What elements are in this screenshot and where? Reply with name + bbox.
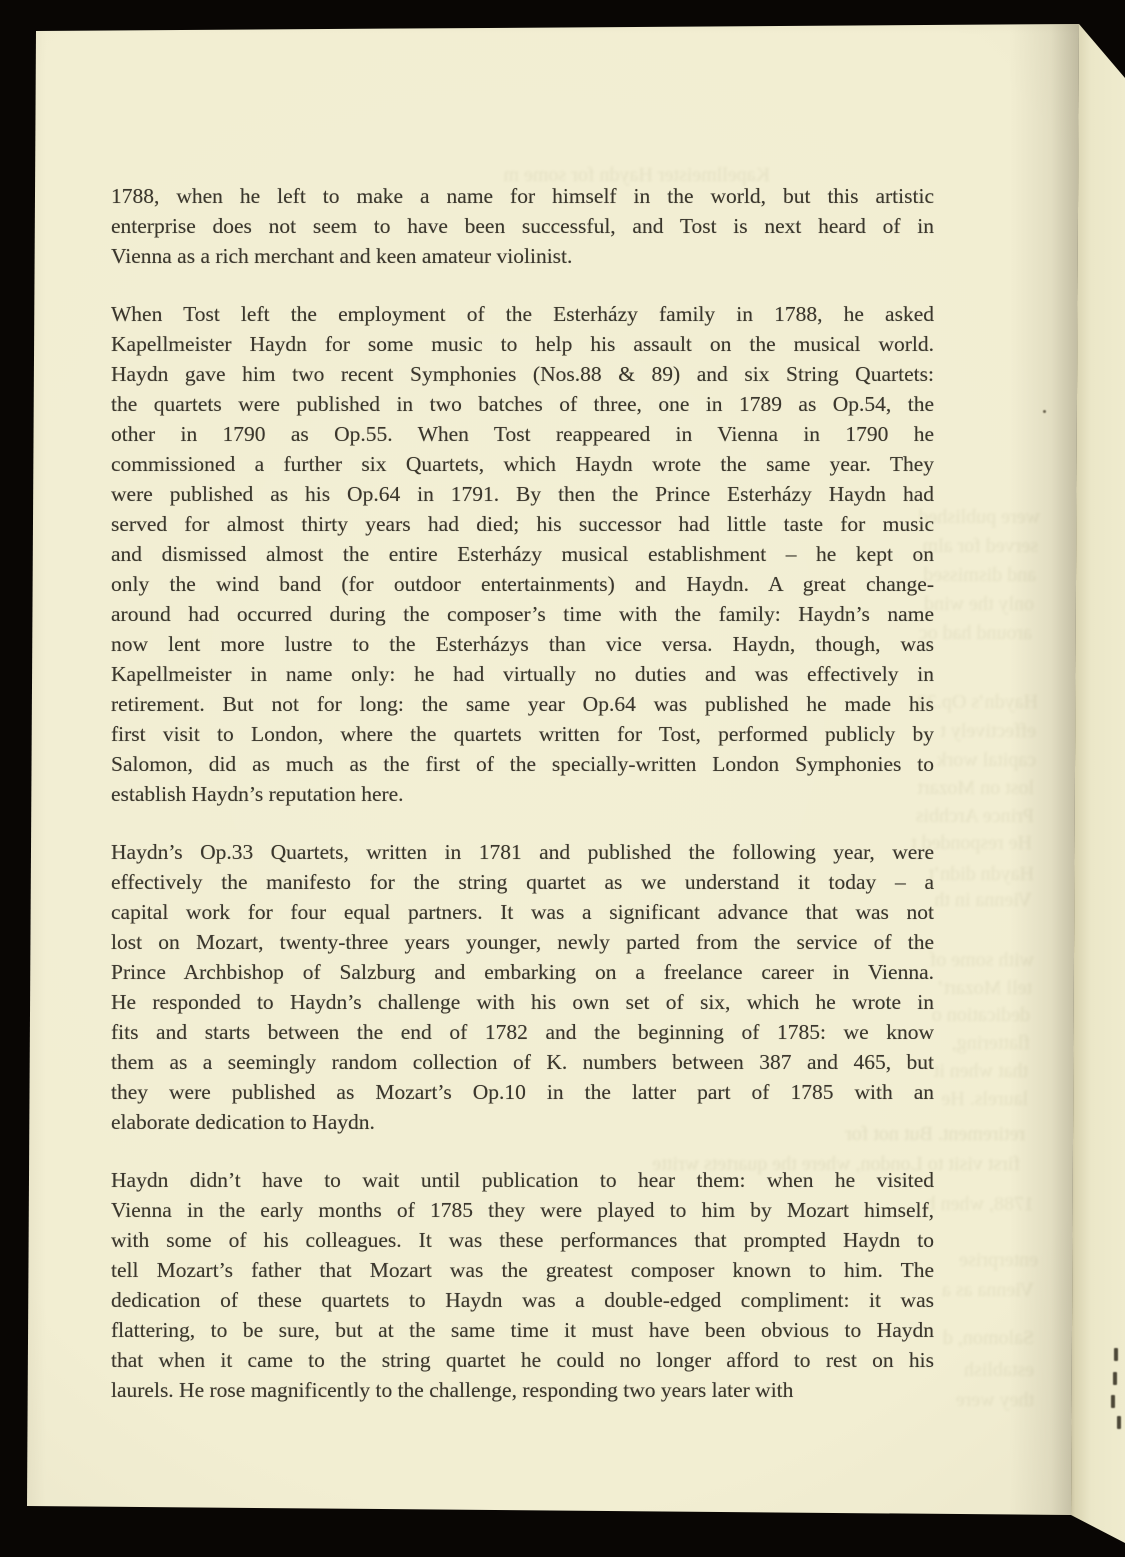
text-line: He responded to Haydn’s challenge with h… (111, 987, 934, 1017)
paragraph: When Tost left the employment of the Est… (111, 299, 934, 809)
text-line: 1788, when he left to make a name for hi… (111, 181, 934, 211)
text-line: first visit to London, where the quartet… (111, 719, 934, 749)
book-photograph: 1788, when he left to make a name for hi… (0, 0, 1125, 1557)
text-line: lost on Mozart, twenty-three years young… (111, 927, 934, 957)
text-line: fits and starts between the end of 1782 … (111, 1017, 934, 1047)
book-page: 1788, when he left to make a name for hi… (0, 0, 1125, 1557)
text-line: the quartets were published in two batch… (111, 389, 934, 419)
text-line: dedication of these quartets to Haydn wa… (111, 1285, 934, 1315)
text-line: laurels. He rose magnificently to the ch… (111, 1375, 934, 1405)
text-line: When Tost left the employment of the Est… (111, 299, 934, 329)
text-line: Kapellmeister in name only: he had virtu… (111, 659, 934, 689)
text-line: and dismissed almost the entire Esterház… (111, 539, 934, 569)
text-line: Haydn’s Op.33 Quartets, written in 1781 … (111, 837, 934, 867)
paragraph: Haydn didn’t have to wait until publicat… (111, 1165, 934, 1405)
text-line: that when it came to the string quartet … (111, 1345, 934, 1375)
text-line: capital work for four equal partners. It… (111, 897, 934, 927)
text-line: Haydn gave him two recent Symphonies (No… (111, 359, 934, 389)
text-line: retirement. But not for long: the same y… (111, 689, 934, 719)
text-line: them as a seemingly random collection of… (111, 1047, 934, 1077)
text-line: Kapellmeister Haydn for some music to he… (111, 329, 934, 359)
text-line: with some of his colleagues. It was thes… (111, 1225, 934, 1255)
text-line: establish Haydn’s reputation here. (111, 779, 934, 809)
text-line: Salomon, did as much as the first of the… (111, 749, 934, 779)
text-line: were published as his Op.64 in 1791. By … (111, 479, 934, 509)
next-page-text-fragment (1117, 1416, 1121, 1429)
paragraph: 1788, when he left to make a name for hi… (111, 181, 934, 271)
text-line: Prince Archbishop of Salzburg and embark… (111, 957, 934, 987)
next-page-text-fragment (1111, 1395, 1115, 1408)
text-block: 1788, when he left to make a name for hi… (111, 181, 934, 1433)
text-line: enterprise does not seem to have been su… (111, 211, 934, 241)
text-line: Haydn didn’t have to wait until publicat… (111, 1165, 934, 1195)
text-line: served for almost thirty years had died;… (111, 509, 934, 539)
text-line: tell Mozart’s father that Mozart was the… (111, 1255, 934, 1285)
text-line: commissioned a further six Quartets, whi… (111, 449, 934, 479)
text-line: Vienna in the early months of 1785 they … (111, 1195, 934, 1225)
text-line: around had occurred during the composer’… (111, 599, 934, 629)
paragraph: Haydn’s Op.33 Quartets, written in 1781 … (111, 837, 934, 1137)
text-line: other in 1790 as Op.55. When Tost reappe… (111, 419, 934, 449)
dust-speck (1043, 410, 1046, 413)
text-line: effectively the manifesto for the string… (111, 867, 934, 897)
text-line: only the wind band (for outdoor entertai… (111, 569, 934, 599)
gutter-shadow (1009, 0, 1079, 1557)
text-line: they were published as Mozart’s Op.10 in… (111, 1077, 934, 1107)
text-line: elaborate dedication to Haydn. (111, 1107, 934, 1137)
next-page-text-fragment (1113, 1372, 1117, 1385)
next-page-text-fragment (1114, 1348, 1118, 1361)
text-line: flattering, to be sure, but at the same … (111, 1315, 934, 1345)
text-line: now lent more lustre to the Esterházys t… (111, 629, 934, 659)
text-line: Vienna as a rich merchant and keen amate… (111, 241, 934, 271)
